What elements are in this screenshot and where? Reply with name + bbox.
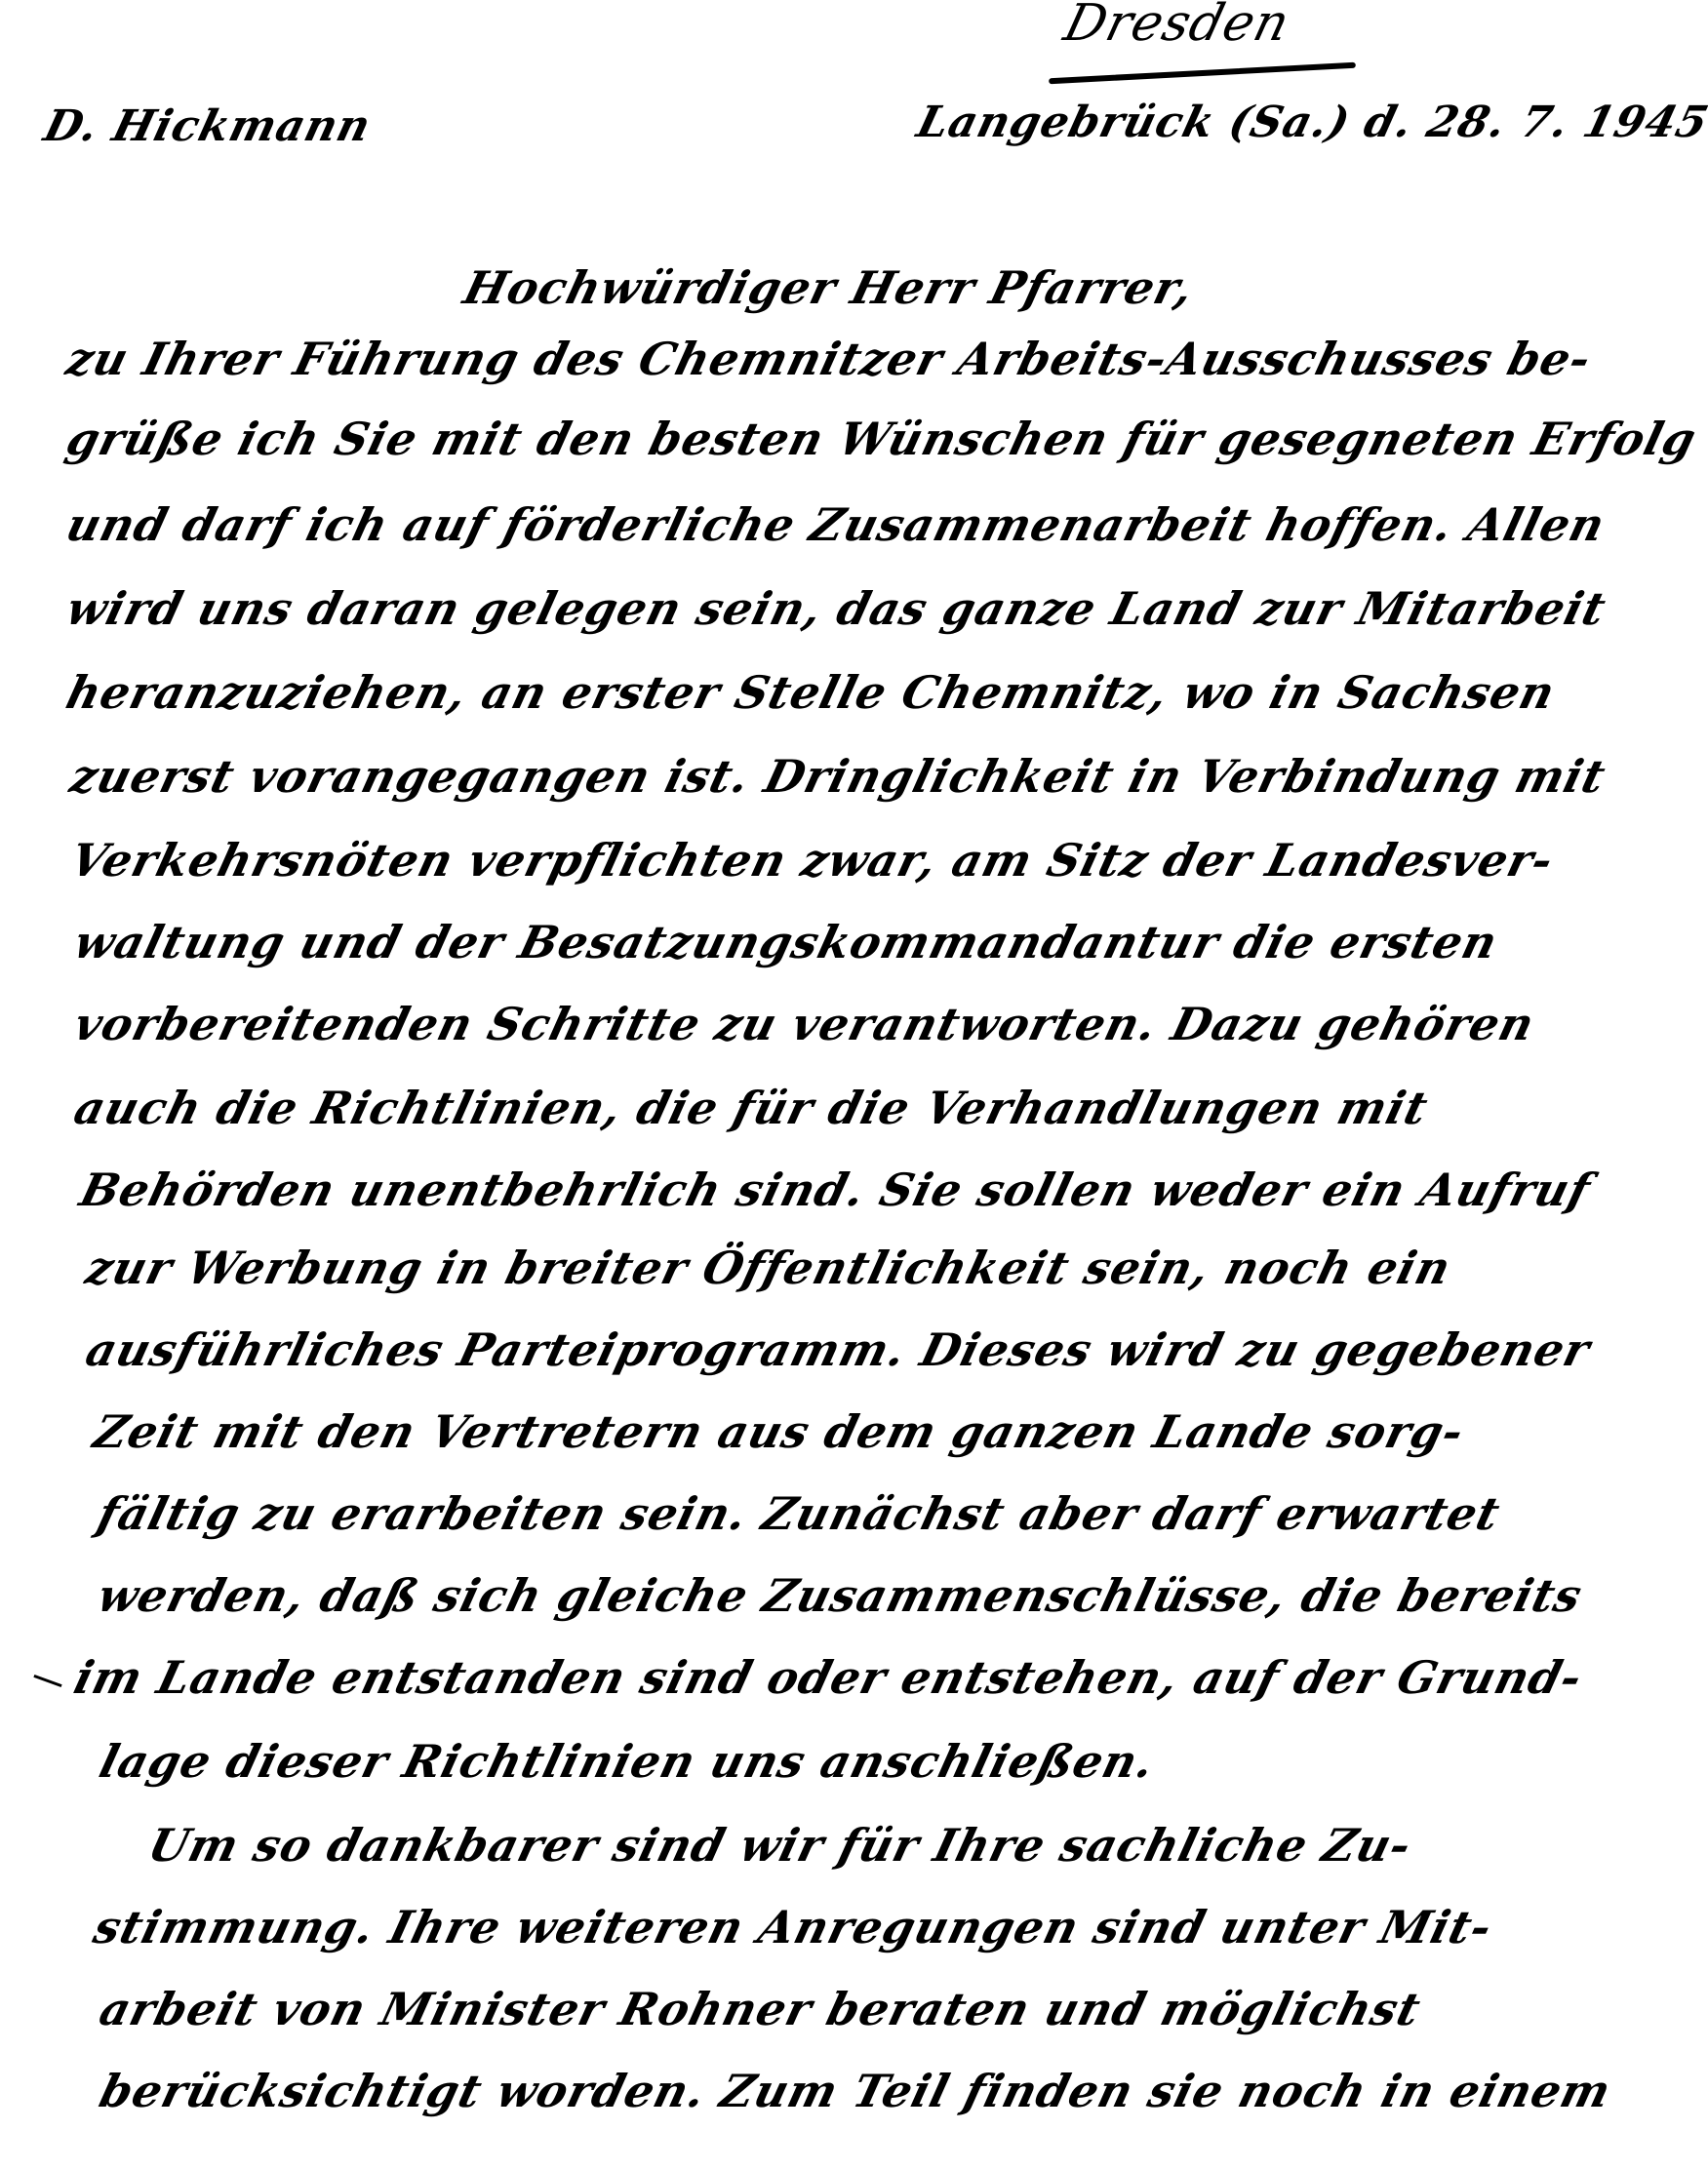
body-line: im Lande entstanden sind oder entstehen,…: [68, 1648, 1589, 1707]
body-line: ausführliches Parteiprogramm. Dieses wir…: [80, 1321, 1597, 1379]
body-line: berücksichtigt worden. Zum Teil finden s…: [94, 2062, 1617, 2120]
body-line: wird uns daran gelegen sein, das ganze L…: [60, 579, 1612, 638]
body-line: Zeit mit den Vertretern aus dem ganzen L…: [88, 1402, 1470, 1461]
body-line: auch die Richtlinien, die für die Verhan…: [68, 1079, 1434, 1137]
margin-stroke: [33, 1675, 61, 1687]
body-line: zuerst vorangegangen ist. Dringlichkeit …: [64, 747, 1612, 806]
body-line: und darf ich auf förderliche Zusammenarb…: [60, 495, 1611, 554]
body-line: lage dieser Richtlinien uns anschließen.: [94, 1732, 1161, 1791]
body-line: Verkehrsnöten verpflichten zwar, am Sitz…: [64, 831, 1560, 889]
body-line: vorbereitenden Schritte zu verantworten.…: [68, 995, 1541, 1053]
body-line: arbeit von Minister Rohner beraten und m…: [94, 1980, 1427, 2038]
salutation: Hochwürdiger Herr Pfarrer,: [458, 261, 1200, 314]
letter-page: Dresden D. Hickmann Langebrück (Sa.) d. …: [0, 0, 1708, 2170]
body-line: heranzuziehen, an erster Stelle Chemnitz…: [60, 663, 1562, 722]
body-line: stimmung. Ihre weiteren Anregungen sind …: [88, 1898, 1498, 1956]
body-line: zu Ihrer Führung des Chemnitzer Arbeits-…: [60, 330, 1598, 388]
place-heading: Dresden: [1058, 0, 1296, 53]
body-line: waltung und der Besatzungskommandantur d…: [68, 913, 1504, 971]
body-line: fältig zu erarbeiten sein. Zunächst aber…: [92, 1484, 1506, 1543]
body-line: grüße ich Sie mit den besten Wünschen fü…: [60, 410, 1703, 468]
body-line: Um so dankbarer sind wir für Ihre sachli…: [142, 1816, 1418, 1874]
body-line: Behörden unentbehrlich sind. Sie sollen …: [74, 1161, 1597, 1219]
place-heading-underline: [1049, 62, 1356, 84]
body-line: zur Werbung in breiter Öffentlichkeit se…: [80, 1239, 1457, 1297]
body-line: werden, daß sich gleiche Zusammenschlüss…: [92, 1566, 1588, 1625]
place-and-date: Langebrück (Sa.) d. 28. 7. 1945: [912, 98, 1708, 147]
sender-name: D. Hickmann: [39, 101, 377, 151]
